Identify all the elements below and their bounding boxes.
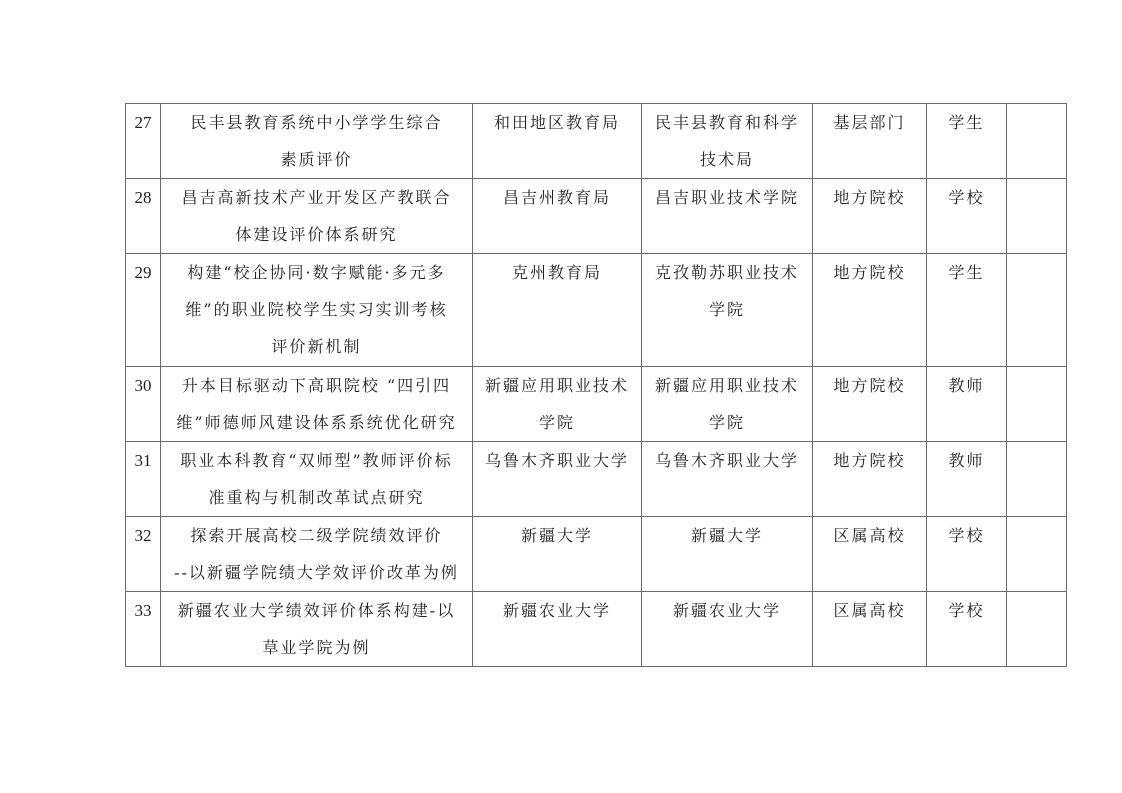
project-title-cell: 构建“校企协同·数字赋能·多元多维”的职业院校学生实习实训考核评价新机制 <box>161 254 473 367</box>
recommender-cell: 和田地区教育局 <box>473 104 642 179</box>
project-title-cell-line: 民丰县教育系统中小学学生综合 <box>165 104 468 141</box>
applicant-cell: 昌吉职业技术学院 <box>642 179 813 254</box>
category-cell-text: 地方院校 <box>817 367 922 404</box>
project-title-cell: 民丰县教育系统中小学学生综合素质评价 <box>161 104 473 179</box>
project-title-cell-line: 准重构与机制改革试点研究 <box>165 479 468 516</box>
evaluation-object-cell-text: 学校 <box>931 517 1002 554</box>
row-number-cell-text: 31 <box>130 442 156 479</box>
row-number-cell-text: 33 <box>130 592 156 629</box>
evaluation-object-cell: 学校 <box>927 592 1007 667</box>
category-cell-text: 基层部门 <box>817 104 922 141</box>
applicant-cell: 新疆农业大学 <box>642 592 813 667</box>
category-cell: 地方院校 <box>813 367 927 442</box>
category-cell: 地方院校 <box>813 179 927 254</box>
applicant-cell: 新疆应用职业技术学院 <box>642 367 813 442</box>
note-cell <box>1007 254 1067 367</box>
category-cell-text: 区属高校 <box>817 592 922 629</box>
note-cell <box>1007 104 1067 179</box>
project-title-cell-line: 素质评价 <box>165 141 468 178</box>
category-cell-text: 区属高校 <box>817 517 922 554</box>
category-cell: 地方院校 <box>813 254 927 367</box>
applicant-cell: 民丰县教育和科学技术局 <box>642 104 813 179</box>
recommender-cell: 新疆农业大学 <box>473 592 642 667</box>
row-number-cell-text: 32 <box>130 517 156 554</box>
table-row: 30升本目标驱动下高职院校 “四引四维”师德师风建设体系系统优化研究新疆应用职业… <box>126 367 1067 442</box>
row-number-cell-text: 29 <box>130 254 156 291</box>
project-title-cell-line: 构建“校企协同·数字赋能·多元多 <box>165 254 468 291</box>
evaluation-object-cell: 学校 <box>927 517 1007 592</box>
project-title-cell-line: 草业学院为例 <box>165 629 468 666</box>
recommender-cell-line: 新疆农业大学 <box>477 592 637 629</box>
applicant-cell-line: 民丰县教育和科学 <box>646 104 808 141</box>
recommender-cell: 新疆应用职业技术学院 <box>473 367 642 442</box>
applicant-cell-line: 学院 <box>646 291 808 328</box>
project-title-cell-line: --以新疆学院绩大学效评价改革为例 <box>165 554 468 591</box>
row-number-cell-text: 28 <box>130 179 156 216</box>
table-row: 27民丰县教育系统中小学学生综合素质评价和田地区教育局民丰县教育和科学技术局基层… <box>126 104 1067 179</box>
row-number-cell: 27 <box>126 104 161 179</box>
row-number-cell: 32 <box>126 517 161 592</box>
project-title-cell-line: 新疆农业大学绩效评价体系构建-以 <box>165 592 468 629</box>
applicant-cell-line: 学院 <box>646 404 808 441</box>
project-table: 27民丰县教育系统中小学学生综合素质评价和田地区教育局民丰县教育和科学技术局基层… <box>125 103 1067 667</box>
row-number-cell: 28 <box>126 179 161 254</box>
project-title-cell-line: 升本目标驱动下高职院校 “四引四 <box>165 367 468 404</box>
category-cell: 地方院校 <box>813 442 927 517</box>
note-cell <box>1007 592 1067 667</box>
project-title-cell-line: 职业本科教育“双师型”教师评价标 <box>165 442 468 479</box>
applicant-cell-line: 技术局 <box>646 141 808 178</box>
project-title-cell-line: 体建设评价体系研究 <box>165 216 468 253</box>
applicant-cell-line: 新疆农业大学 <box>646 592 808 629</box>
row-number-cell: 29 <box>126 254 161 367</box>
evaluation-object-cell-text: 教师 <box>931 442 1002 479</box>
project-title-cell: 探索开展高校二级学院绩效评价--以新疆学院绩大学效评价改革为例 <box>161 517 473 592</box>
recommender-cell: 克州教育局 <box>473 254 642 367</box>
table-row: 32探索开展高校二级学院绩效评价--以新疆学院绩大学效评价改革为例新疆大学新疆大… <box>126 517 1067 592</box>
note-cell <box>1007 179 1067 254</box>
evaluation-object-cell: 学生 <box>927 104 1007 179</box>
evaluation-object-cell: 学校 <box>927 179 1007 254</box>
evaluation-object-cell-text: 教师 <box>931 367 1002 404</box>
note-cell <box>1007 517 1067 592</box>
category-cell: 基层部门 <box>813 104 927 179</box>
category-cell-text: 地方院校 <box>817 254 922 291</box>
recommender-cell-line: 昌吉州教育局 <box>477 179 637 216</box>
recommender-cell-line: 乌鲁木齐职业大学 <box>477 442 637 479</box>
table-row: 31职业本科教育“双师型”教师评价标准重构与机制改革试点研究乌鲁木齐职业大学乌鲁… <box>126 442 1067 517</box>
note-cell <box>1007 367 1067 442</box>
category-cell: 区属高校 <box>813 592 927 667</box>
category-cell: 区属高校 <box>813 517 927 592</box>
project-title-cell: 昌吉高新技术产业开发区产教联合体建设评价体系研究 <box>161 179 473 254</box>
project-title-cell: 新疆农业大学绩效评价体系构建-以草业学院为例 <box>161 592 473 667</box>
recommender-cell-line: 克州教育局 <box>477 254 637 291</box>
evaluation-object-cell-text: 学生 <box>931 104 1002 141</box>
category-cell-text: 地方院校 <box>817 179 922 216</box>
recommender-cell-line: 学院 <box>477 404 637 441</box>
project-title-cell-line: 维”师德师风建设体系系统优化研究 <box>165 404 468 441</box>
table-row: 29构建“校企协同·数字赋能·多元多维”的职业院校学生实习实训考核评价新机制克州… <box>126 254 1067 367</box>
recommender-cell-line: 新疆大学 <box>477 517 637 554</box>
row-number-cell-text: 30 <box>130 367 156 404</box>
project-title-cell-line: 昌吉高新技术产业开发区产教联合 <box>165 179 468 216</box>
project-title-cell-line: 评价新机制 <box>165 328 468 365</box>
project-title-cell: 升本目标驱动下高职院校 “四引四维”师德师风建设体系系统优化研究 <box>161 367 473 442</box>
applicant-cell-line: 新疆大学 <box>646 517 808 554</box>
project-title-cell-line: 维”的职业院校学生实习实训考核 <box>165 291 468 328</box>
row-number-cell-text: 27 <box>130 104 156 141</box>
recommender-cell-line: 新疆应用职业技术 <box>477 367 637 404</box>
applicant-cell-line: 新疆应用职业技术 <box>646 367 808 404</box>
applicant-cell: 乌鲁木齐职业大学 <box>642 442 813 517</box>
recommender-cell-line: 和田地区教育局 <box>477 104 637 141</box>
recommender-cell: 乌鲁木齐职业大学 <box>473 442 642 517</box>
evaluation-object-cell-text: 学校 <box>931 179 1002 216</box>
evaluation-object-cell: 教师 <box>927 442 1007 517</box>
applicant-cell-line: 昌吉职业技术学院 <box>646 179 808 216</box>
evaluation-object-cell: 教师 <box>927 367 1007 442</box>
recommender-cell: 新疆大学 <box>473 517 642 592</box>
note-cell <box>1007 442 1067 517</box>
applicant-cell-line: 克孜勒苏职业技术 <box>646 254 808 291</box>
row-number-cell: 31 <box>126 442 161 517</box>
row-number-cell: 30 <box>126 367 161 442</box>
applicant-cell: 新疆大学 <box>642 517 813 592</box>
project-title-cell-line: 探索开展高校二级学院绩效评价 <box>165 517 468 554</box>
evaluation-object-cell: 学生 <box>927 254 1007 367</box>
row-number-cell: 33 <box>126 592 161 667</box>
evaluation-object-cell-text: 学生 <box>931 254 1002 291</box>
applicant-cell-line: 乌鲁木齐职业大学 <box>646 442 808 479</box>
category-cell-text: 地方院校 <box>817 442 922 479</box>
recommender-cell: 昌吉州教育局 <box>473 179 642 254</box>
table-row: 33新疆农业大学绩效评价体系构建-以草业学院为例新疆农业大学新疆农业大学区属高校… <box>126 592 1067 667</box>
table-row: 28昌吉高新技术产业开发区产教联合体建设评价体系研究昌吉州教育局昌吉职业技术学院… <box>126 179 1067 254</box>
project-title-cell: 职业本科教育“双师型”教师评价标准重构与机制改革试点研究 <box>161 442 473 517</box>
evaluation-object-cell-text: 学校 <box>931 592 1002 629</box>
applicant-cell: 克孜勒苏职业技术学院 <box>642 254 813 367</box>
